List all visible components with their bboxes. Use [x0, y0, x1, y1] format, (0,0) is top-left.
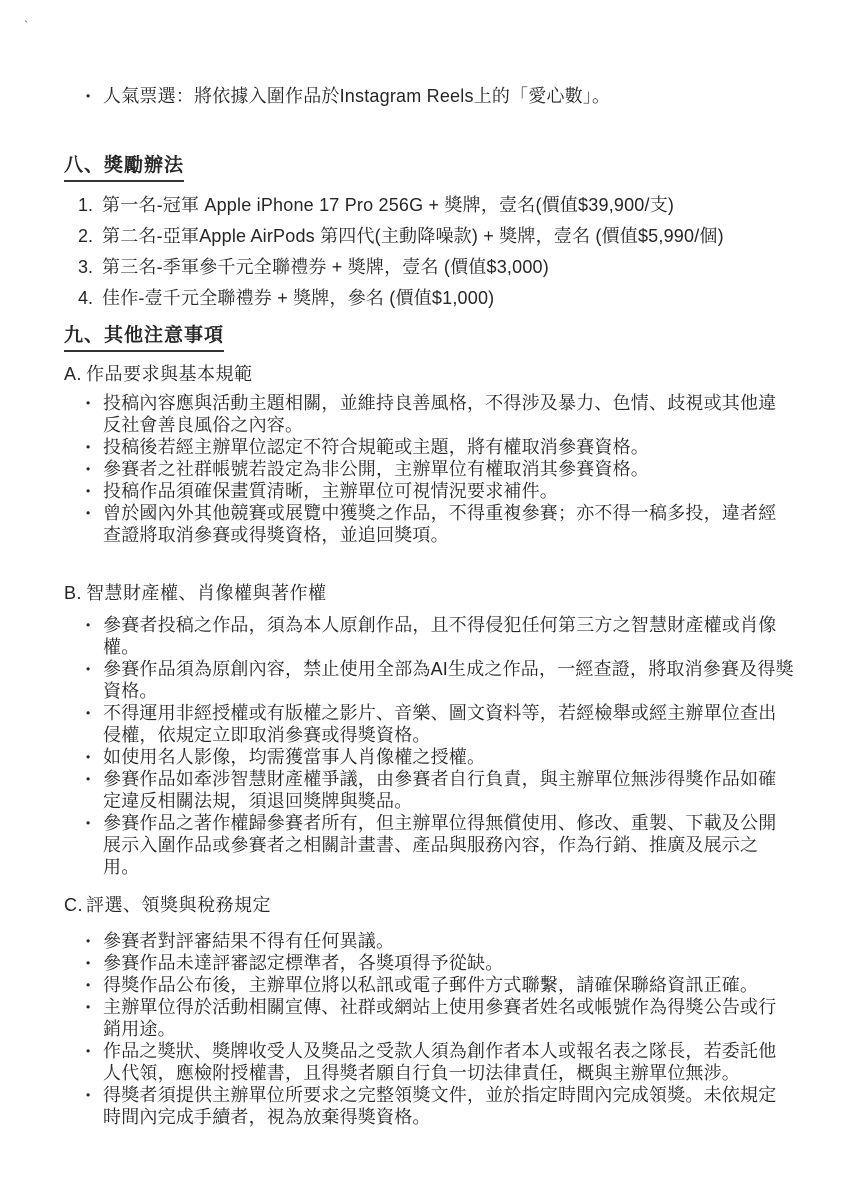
prize-list: 1. 第一名-冠軍 Apple iPhone 17 Pro 256G + 獎牌，…	[64, 194, 794, 309]
bullet-text: 參賽作品之著作權歸參賽者所有，但主辦單位得無償使用、修改、重製、下載及公開展示入…	[103, 812, 794, 878]
bullet-text: 投稿內容應與活動主題相關，並維持良善風格，不得涉及暴力、色情、歧視或其他違反社會…	[103, 392, 794, 436]
item-text: 第一名-冠軍 Apple iPhone 17 Pro 256G + 獎牌，壹名(…	[102, 194, 794, 216]
bullet-icon: •	[86, 812, 103, 878]
subsection-title-text: 作品要求與基本規範	[86, 363, 253, 385]
subsection-label: C.	[64, 894, 86, 916]
list-item: • 參賽者投稿之作品，須為本人原創作品，且不得侵犯任何第三方之智慧財產權或肖像權…	[86, 614, 794, 658]
list-item: • 主辦單位得於活動相關宣傳、社群或網站上使用參賽者姓名或帳號作為得獎公告或行銷…	[86, 996, 794, 1040]
section-9-title: 九、其他注意事項	[64, 320, 224, 352]
item-text: 佳作-壹千元全聯禮券 + 獎牌，參名 (價值$1,000)	[102, 287, 794, 309]
list-item: • 投稿內容應與活動主題相關，並維持良善風格，不得涉及暴力、色情、歧視或其他違反…	[86, 392, 794, 436]
bullet-icon: •	[86, 458, 103, 480]
bullet-icon: •	[86, 658, 103, 702]
subsection-label: B.	[64, 582, 86, 604]
list-item: • 參賽者之社群帳號若設定為非公開，主辦單位有權取消其參賽資格。	[86, 458, 794, 480]
scan-artifact: `	[24, 18, 28, 33]
bullet-icon: •	[86, 502, 103, 546]
list-item: • 不得運用非經授權或有版權之影片、音樂、圖文資料等，若經檢舉或經主辦單位查出侵…	[86, 702, 794, 746]
section-9-heading: 九、其他注意事項	[64, 320, 794, 352]
list-item: • 曾於國內外其他競賽或展覽中獲獎之作品，不得重複參賽；亦不得一稿多投，違者經查…	[86, 502, 794, 546]
prize-item-3: 3. 第三名-季軍參千元全聯禮券 + 獎牌，壹名 (價值$3,000)	[78, 256, 794, 278]
bullet-icon: •	[86, 996, 103, 1040]
bullet-icon: •	[86, 702, 103, 746]
bullet-icon: •	[86, 1084, 103, 1128]
popular-vote-bullet: • 人氣票選：將依據入圍作品於Instagram Reels上的「愛心數」。	[86, 85, 794, 107]
item-number: 2.	[78, 225, 102, 247]
bullet-icon: •	[86, 768, 103, 812]
subsection-title-text: 評選、領獎與稅務規定	[86, 894, 271, 916]
bullet-text: 得獎作品公布後，主辦單位將以私訊或電子郵件方式聯繫，請確保聯絡資訊正確。	[103, 974, 794, 996]
list-item: • 得獎作品公布後，主辦單位將以私訊或電子郵件方式聯繫，請確保聯絡資訊正確。	[86, 974, 794, 996]
bullet-text: 參賽者之社群帳號若設定為非公開，主辦單位有權取消其參賽資格。	[103, 458, 794, 480]
list-item: • 參賽作品須為原創內容，禁止使用全部為AI生成之作品，一經查證，將取消參賽及得…	[86, 658, 794, 702]
list-item: • 參賽作品如牽涉智慧財產權爭議，由參賽者自行負責，與主辦單位無涉得獎作品如確定…	[86, 768, 794, 812]
item-number: 3.	[78, 256, 102, 278]
bullet-text: 不得運用非經授權或有版權之影片、音樂、圖文資料等，若經檢舉或經主辦單位查出侵權，…	[103, 702, 794, 746]
subsection-c: C. 評選、領獎與稅務規定 • 參賽者對評審結果不得有任何異議。 • 參賽作品未…	[64, 894, 794, 1128]
list-item: • 參賽作品未達評審認定標準者，各獎項得予從缺。	[86, 952, 794, 974]
subsection-b-title: B. 智慧財產權、肖像權與著作權	[64, 582, 794, 604]
list-item: • 參賽者對評審結果不得有任何異議。	[86, 930, 794, 952]
prize-item-2: 2. 第二名-亞軍Apple AirPods 第四代(主動降噪款) + 獎牌，壹…	[78, 225, 794, 247]
list-item: • 作品之獎狀、獎牌收受人及獎品之受款人須為創作者本人或報名表之隊長，若委託他人…	[86, 1040, 794, 1084]
bullet-text: 曾於國內外其他競賽或展覽中獲獎之作品，不得重複參賽；亦不得一稿多投，違者經查證將…	[103, 502, 794, 546]
bullet-text: 參賽者投稿之作品，須為本人原創作品，且不得侵犯任何第三方之智慧財產權或肖像權。	[103, 614, 794, 658]
bullet-icon: •	[86, 614, 103, 658]
bullet-text: 投稿作品須確保畫質清晰，主辦單位可視情況要求補件。	[103, 480, 794, 502]
document-page: ` • 人氣票選：將依據入圍作品於Instagram Reels上的「愛心數」。…	[0, 0, 850, 1200]
item-number: 4.	[78, 287, 102, 309]
subsection-title-text: 智慧財產權、肖像權與著作權	[86, 582, 327, 604]
list-item: • 投稿後若經主辦單位認定不符合規範或主題，將有權取消參賽資格。	[86, 436, 794, 458]
bullet-icon: •	[86, 392, 103, 436]
bullet-text: 得獎者須提供主辦單位所要求之完整領獎文件，並於指定時間內完成領獎。未依規定時間內…	[103, 1084, 794, 1128]
subsection-b: B. 智慧財產權、肖像權與著作權 • 參賽者投稿之作品，須為本人原創作品，且不得…	[64, 582, 794, 878]
bullet-icon: •	[86, 1040, 103, 1084]
bullet-text: 參賽者對評審結果不得有任何異議。	[103, 930, 794, 952]
list-item: • 得獎者須提供主辦單位所要求之完整領獎文件，並於指定時間內完成領獎。未依規定時…	[86, 1084, 794, 1128]
list-item: • 如使用名人影像，均需獲當事人肖像權之授權。	[86, 746, 794, 768]
bullet-text: 參賽作品如牽涉智慧財產權爭議，由參賽者自行負責，與主辦單位無涉得獎作品如確定違反…	[103, 768, 794, 812]
bullet-icon: •	[86, 930, 103, 952]
item-number: 1.	[78, 194, 102, 216]
list-item: • 參賽作品之著作權歸參賽者所有，但主辦單位得無償使用、修改、重製、下載及公開展…	[86, 812, 794, 878]
subsection-a-bullets: • 投稿內容應與活動主題相關，並維持良善風格，不得涉及暴力、色情、歧視或其他違反…	[64, 392, 794, 546]
bullet-text: 人氣票選：將依據入圍作品於Instagram Reels上的「愛心數」。	[103, 85, 794, 107]
subsection-c-title: C. 評選、領獎與稅務規定	[64, 894, 794, 916]
bullet-text: 參賽作品未達評審認定標準者，各獎項得予從缺。	[103, 952, 794, 974]
bullet-text: 如使用名人影像，均需獲當事人肖像權之授權。	[103, 746, 794, 768]
item-text: 第三名-季軍參千元全聯禮券 + 獎牌，壹名 (價值$3,000)	[102, 256, 794, 278]
bullet-icon: •	[86, 436, 103, 458]
bullet-text: 作品之獎狀、獎牌收受人及獎品之受款人須為創作者本人或報名表之隊長，若委託他人代領…	[103, 1040, 794, 1084]
bullet-text: 投稿後若經主辦單位認定不符合規範或主題，將有權取消參賽資格。	[103, 436, 794, 458]
list-item: • 投稿作品須確保畫質清晰，主辦單位可視情況要求補件。	[86, 480, 794, 502]
document-content: • 人氣票選：將依據入圍作品於Instagram Reels上的「愛心數」。 八…	[0, 0, 850, 1128]
subsection-a-title: A. 作品要求與基本規範	[64, 363, 794, 385]
bullet-text: 參賽作品須為原創內容，禁止使用全部為AI生成之作品，一經查證，將取消參賽及得獎資…	[103, 658, 794, 702]
bullet-icon: •	[86, 974, 103, 996]
item-text: 第二名-亞軍Apple AirPods 第四代(主動降噪款) + 獎牌，壹名 (…	[102, 225, 794, 247]
bullet-icon: •	[86, 952, 103, 974]
prize-item-1: 1. 第一名-冠軍 Apple iPhone 17 Pro 256G + 獎牌，…	[78, 194, 794, 216]
bullet-icon: •	[86, 746, 103, 768]
subsection-c-bullets: • 參賽者對評審結果不得有任何異議。 • 參賽作品未達評審認定標準者，各獎項得予…	[64, 930, 794, 1128]
section-8-title: 八、獎勵辦法	[64, 150, 184, 182]
bullet-icon: •	[86, 85, 103, 107]
subsection-a: A. 作品要求與基本規範 • 投稿內容應與活動主題相關，並維持良善風格，不得涉及…	[64, 363, 794, 546]
subsection-label: A.	[64, 363, 86, 385]
bullet-text: 主辦單位得於活動相關宣傳、社群或網站上使用參賽者姓名或帳號作為得獎公告或行銷用途…	[103, 996, 794, 1040]
section-8-heading: 八、獎勵辦法	[64, 150, 794, 182]
subsection-b-bullets: • 參賽者投稿之作品，須為本人原創作品，且不得侵犯任何第三方之智慧財產權或肖像權…	[64, 614, 794, 878]
bullet-icon: •	[86, 480, 103, 502]
prize-item-4: 4. 佳作-壹千元全聯禮券 + 獎牌，參名 (價值$1,000)	[78, 287, 794, 309]
